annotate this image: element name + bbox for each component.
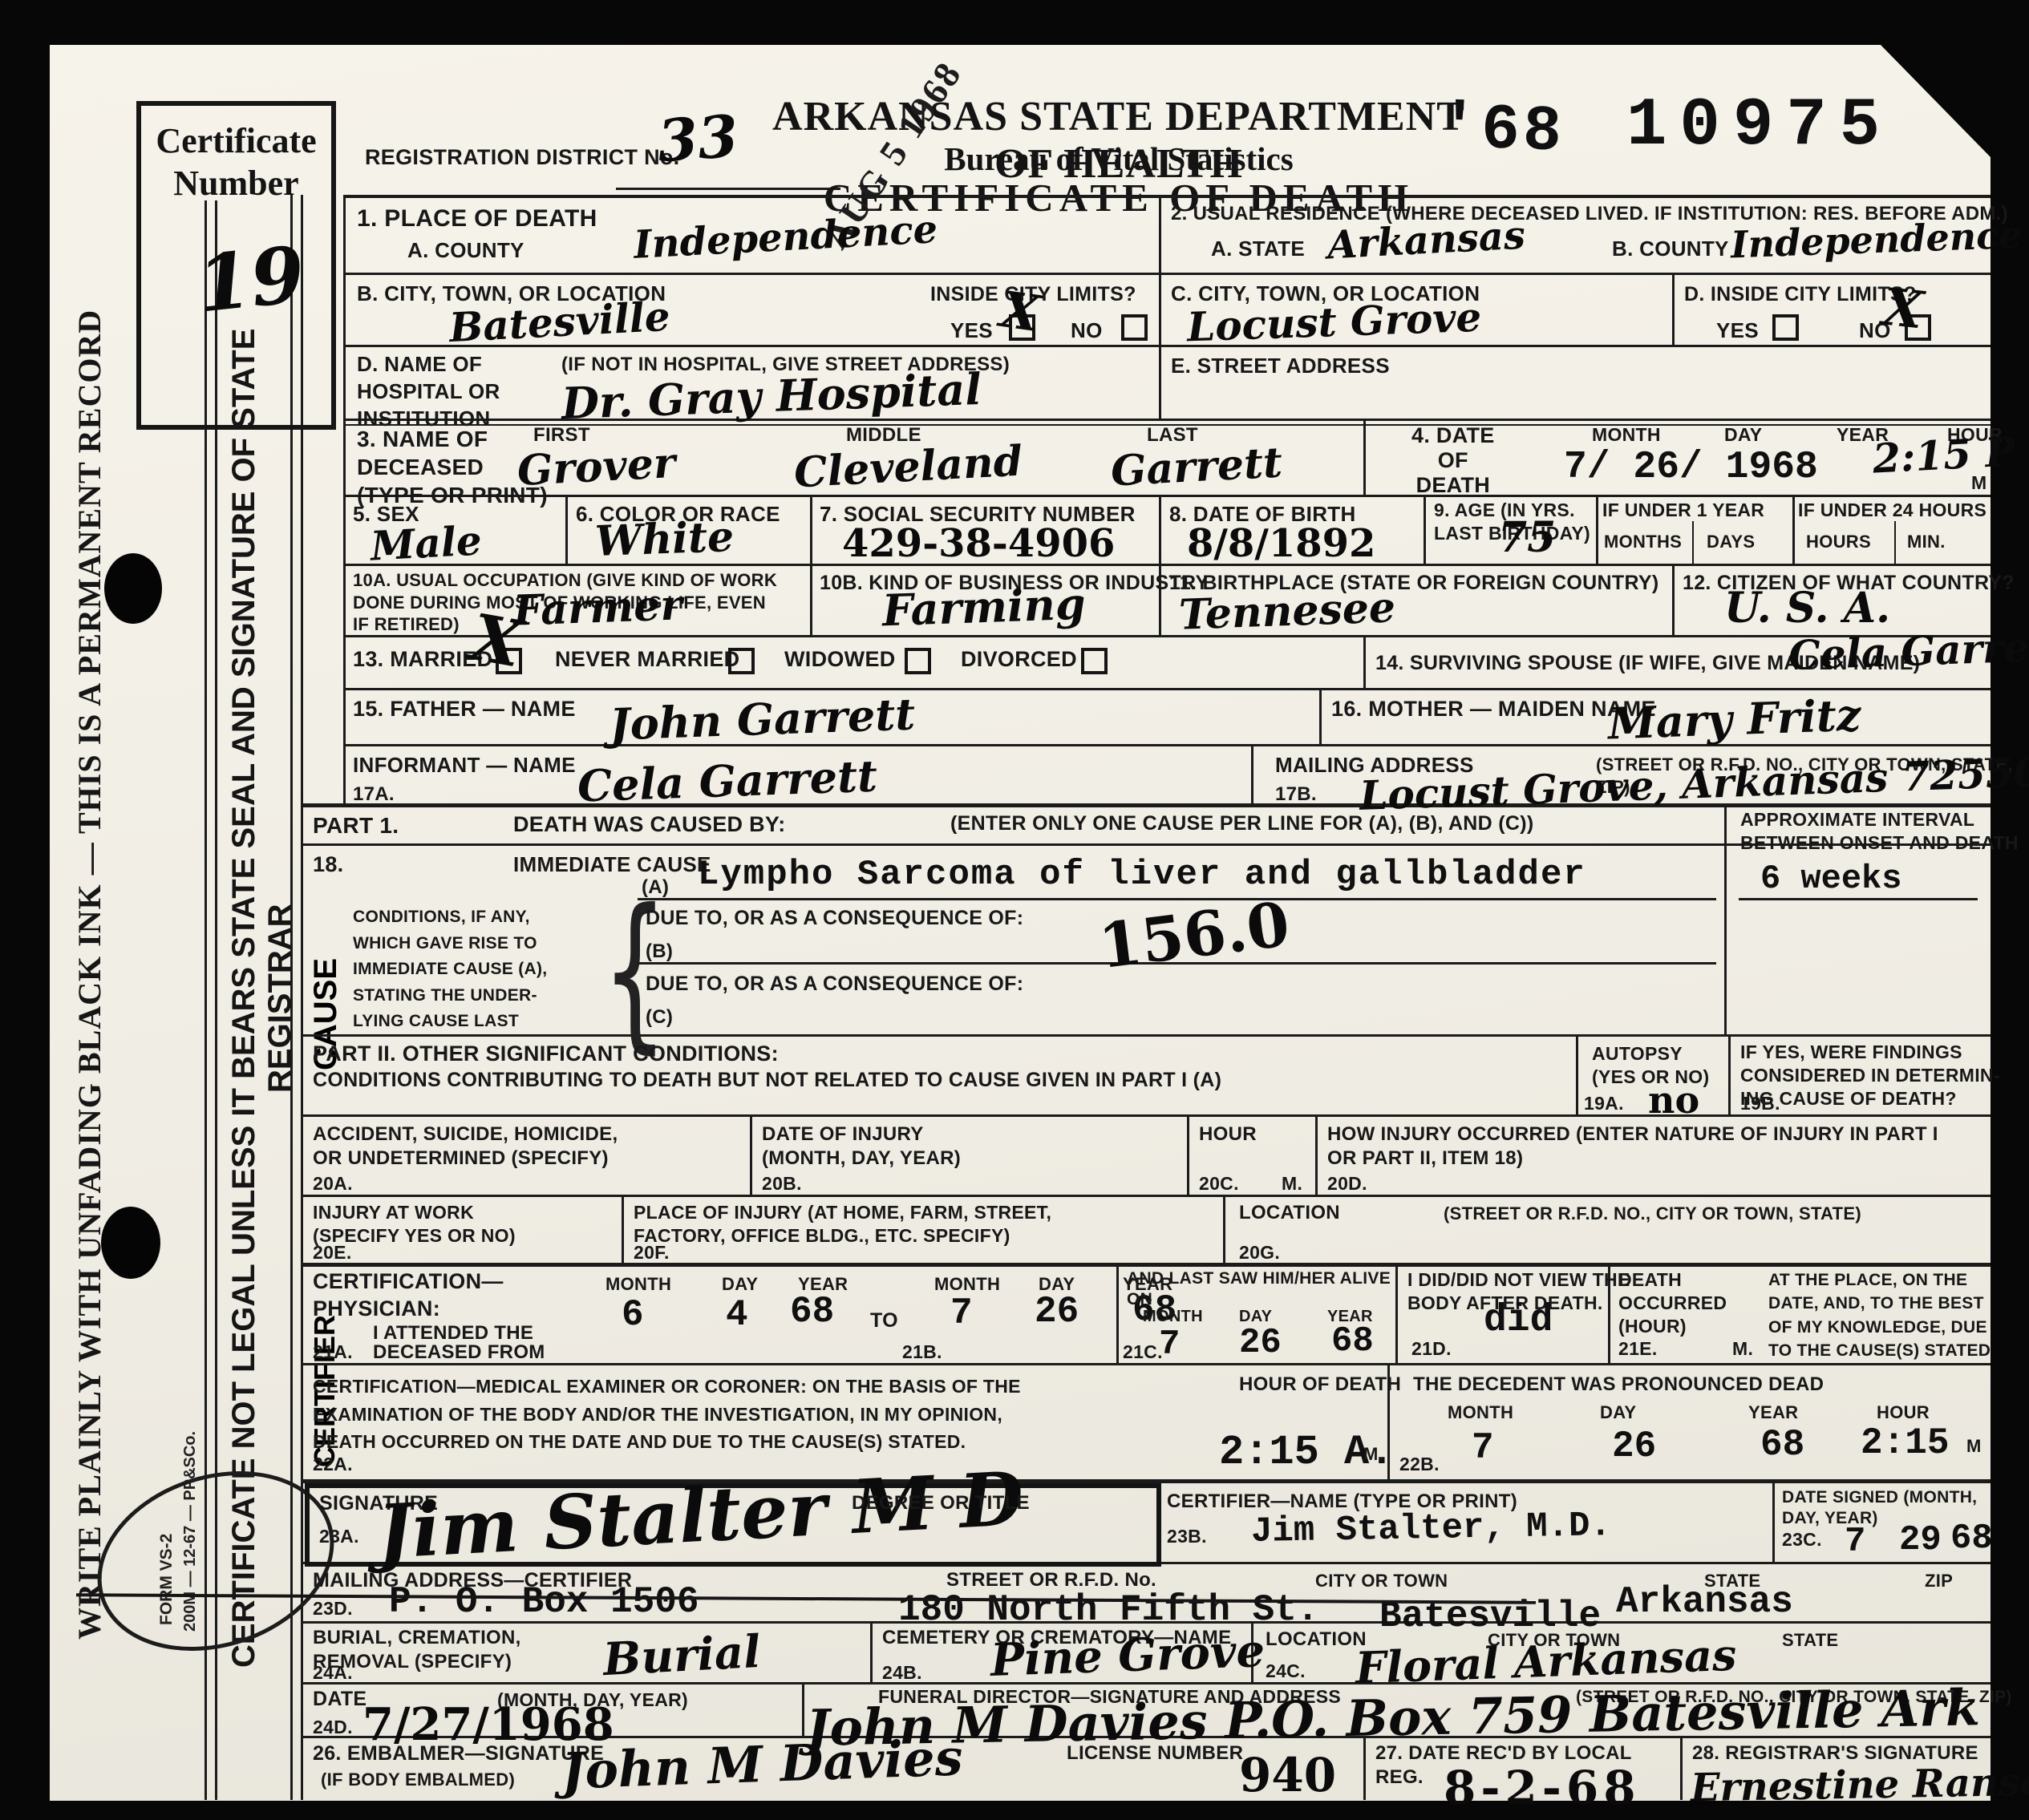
rule (1692, 521, 1694, 564)
street-address-label: E. STREET ADDRESS (1171, 353, 1390, 379)
mailing-address-number: 23D. (313, 1597, 353, 1620)
autopsy-value: no (1648, 1078, 1699, 1122)
hour-of-death-meridiem: M. (1363, 1443, 1383, 1466)
enter-note-label: (ENTER ONLY ONE CAUSE PER LINE FOR (A), … (950, 811, 1533, 836)
deceased-from-label: DECEASED FROM (373, 1341, 545, 1365)
injury-date-label: DATE OF INJURY (MONTH, DAY, YEAR) (762, 1122, 961, 1171)
death-occurred-number: 21E. (1618, 1337, 1658, 1361)
rule (1596, 495, 1598, 564)
last-saw-year: 68 (1331, 1321, 1374, 1361)
attended-from-year: 68 (790, 1291, 834, 1333)
registration-district-label: REGISTRATION DISTRICT No. (365, 144, 680, 172)
citizenship-value: U. S. A. (1724, 584, 1890, 633)
race-value: White (594, 512, 735, 566)
coroner-number: 22A. (313, 1453, 353, 1476)
injury-date-number: 20B. (762, 1172, 802, 1195)
residence-county-label: B. COUNTY (1612, 236, 1729, 262)
occurred-meridiem: M. (1732, 1337, 1753, 1361)
never-married-checkbox (728, 648, 755, 674)
date-of-death-label: 4. DATE OF DEATH (1411, 423, 1495, 498)
rule (343, 688, 1991, 690)
injury-location-sublabel: (STREET OR R.F.D. NO., CITY OR TOWN, STA… (1444, 1203, 1861, 1225)
last-name-value: Garrett (1110, 438, 1284, 495)
rule (215, 200, 217, 1800)
burial-number: 24A. (313, 1661, 353, 1685)
hour-of-death-value: 2:15 P (1872, 427, 2017, 482)
view-body-number: 21D. (1411, 1337, 1452, 1361)
rule (870, 1621, 873, 1682)
file-number: 10975 (1626, 88, 1893, 164)
autopsy-number: 19A. (1584, 1092, 1624, 1115)
due-to-label: DUE TO, OR AS A CONSEQUENCE OF: (646, 906, 1023, 931)
pronounced-number: 22B. (1399, 1453, 1440, 1476)
rule (343, 495, 1991, 497)
months-label: MONTHS (1604, 531, 1682, 553)
days-label: DAYS (1707, 531, 1755, 553)
license-number-label: LICENSE NUMBER (1067, 1741, 1243, 1765)
father-name-value: John Garrett (609, 688, 916, 750)
burial-date-label: DATE (313, 1687, 367, 1712)
death-occurred-label: DEATH OCCURRED (HOUR) (1618, 1268, 1727, 1337)
part2-label: PART II. OTHER SIGNIFICANT CONDITIONS: (313, 1041, 779, 1068)
rule (1792, 495, 1795, 564)
conditions-note: CONDITIONS, IF ANY, WHICH GAVE RISE TO I… (353, 904, 547, 1035)
place-of-death-label: 1. PLACE OF DEATH (357, 204, 597, 234)
year-label: YEAR (1748, 1401, 1798, 1424)
pronounced-day: 26 (1612, 1426, 1656, 1467)
sex-value: Male (370, 516, 483, 569)
certificate-number-value: 19 (192, 229, 309, 330)
widowed-checkbox (905, 648, 931, 674)
pronounced-meridiem: M (1966, 1435, 1982, 1458)
rule (622, 1195, 624, 1263)
zip-label: ZIP (1925, 1570, 1953, 1592)
injury-hour-label: HOUR (1199, 1122, 1257, 1147)
part2-sublabel: CONDITIONS CONTRIBUTING TO DEATH BUT NOT… (313, 1068, 1221, 1093)
attended-number: 21A. (313, 1341, 353, 1364)
hole-punch (104, 553, 162, 624)
cause-section-label: CAUSE (308, 890, 344, 1139)
attended-from-day: 4 (726, 1294, 748, 1336)
place-of-injury-number: 20F. (634, 1241, 670, 1264)
certifier-name-number: 23B. (1167, 1525, 1207, 1548)
rule (1739, 898, 1978, 900)
location-label: LOCATION (1266, 1628, 1367, 1652)
date-signed-month: 7 (1845, 1522, 1865, 1562)
state-value: Arkansas (1616, 1581, 1793, 1623)
dob-value: 8/8/1892 (1187, 521, 1375, 566)
hour-of-death-label: HOUR OF DEATH (1239, 1373, 1401, 1397)
attended-to-month: 7 (950, 1292, 973, 1334)
rule (802, 1682, 804, 1736)
rule (1159, 495, 1161, 635)
certificate-number-label: Certificate Number (141, 120, 331, 205)
view-body-value: did (1484, 1299, 1553, 1342)
rule (1728, 1034, 1731, 1114)
rule (1251, 744, 1253, 803)
pronounced-month: 7 (1472, 1427, 1494, 1469)
rule (1223, 1195, 1225, 1263)
attended-to-day: 26 (1035, 1291, 1079, 1333)
rule (1395, 1263, 1398, 1363)
how-injury-number: 20D. (1327, 1172, 1367, 1195)
due-to-label: DUE TO, OR AS A CONSEQUENCE OF: (646, 972, 1023, 997)
margin-note-outer: WRITE PLAINLY WITH UNFADING BLACK INK — … (71, 257, 108, 1692)
under-1-year-label: IF UNDER 1 YEAR (1602, 499, 1764, 522)
rule (343, 195, 1991, 198)
rule (1187, 1114, 1189, 1195)
certification-coroner-label: CERTIFICATION—MEDICAL EXAMINER OR CORONE… (313, 1373, 1021, 1456)
rule (301, 843, 1991, 846)
rule (1159, 195, 1161, 419)
informant-address-number: 17B. (1275, 783, 1317, 807)
month-label: MONTH (605, 1273, 671, 1296)
last-saw-month: 7 (1159, 1325, 1180, 1365)
line-b-label: (B) (646, 940, 673, 964)
location-number: 24C. (1266, 1660, 1306, 1683)
date-signed-number: 23C. (1782, 1528, 1822, 1551)
month-label: MONTH (1592, 423, 1661, 447)
license-number-value: 940 (1239, 1748, 1336, 1802)
never-married-label: NEVER MARRIED (555, 646, 739, 673)
hours-label: HOURS (1806, 531, 1871, 553)
interval-a-value: 6 weeks (1760, 859, 1901, 898)
rule (343, 195, 346, 803)
widowed-label: WIDOWED (784, 646, 896, 673)
date-received-value: 8-2-68 (1444, 1761, 1641, 1815)
accident-label: ACCIDENT, SUICIDE, HOMICIDE, OR UNDETERM… (313, 1122, 618, 1171)
pronounced-hour: 2:15 (1861, 1422, 1949, 1464)
code-156-value: 156.0 (1095, 888, 1293, 982)
rule (1724, 803, 1727, 1034)
burial-value: Burial (601, 1625, 762, 1686)
attended-from-month: 6 (622, 1294, 644, 1336)
injury-hour-number: 20C. (1199, 1172, 1239, 1195)
date-signed-year: 68 (1950, 1519, 1993, 1559)
rule (205, 200, 207, 1800)
scanned-death-certificate: { "header": { "cert_no_label": "Certific… (0, 0, 2029, 1820)
place-of-injury-label: PLACE OF INJURY (AT HOME, FARM, STREET, … (634, 1201, 1051, 1248)
day-label: DAY (722, 1273, 758, 1296)
occupation-value: Farmer (512, 580, 683, 635)
state-label: A. STATE (1211, 236, 1305, 262)
burial-date-number: 24D. (313, 1716, 353, 1739)
rule (1680, 1736, 1683, 1800)
last-saw-number: 21C. (1123, 1341, 1163, 1364)
informant-label: INFORMANT — NAME (353, 752, 576, 779)
signature-number: 23A. (319, 1525, 359, 1548)
under-24-hours-label: IF UNDER 24 HOURS (1798, 499, 1986, 522)
county-of-death-value: Independence (633, 207, 939, 268)
x-mark: X (997, 280, 1043, 343)
first-name-value: Grover (516, 439, 677, 495)
rule (1894, 521, 1896, 564)
cemetery-number: 24B. (882, 1661, 922, 1685)
rule (638, 898, 1716, 900)
father-name-label: 15. FATHER — NAME (353, 696, 576, 723)
middle-name-value: Cleveland (793, 437, 1024, 498)
rule (1424, 495, 1426, 564)
rule (1363, 635, 1366, 688)
day-label: DAY (1724, 423, 1762, 447)
birthplace-value: Tennesee (1178, 583, 1396, 639)
part1-label: PART 1. (313, 811, 399, 839)
cemetery-value: Pine Grove (990, 1624, 1266, 1687)
rule (1672, 564, 1675, 635)
no-label: NO (1071, 317, 1103, 344)
informant-number: 17A. (353, 783, 395, 807)
last-saw-alive-label: AND LAST SAW HIM/HER ALIVE ON (1127, 1268, 1391, 1311)
industry-value: Farming (881, 578, 1087, 637)
line-c-label: (C) (646, 1005, 673, 1029)
to-label: TO (870, 1308, 898, 1333)
how-injury-label: HOW INJURY OCCURRED (ENTER NATURE OF INJ… (1327, 1122, 1938, 1171)
rule (1315, 1114, 1318, 1195)
rule (301, 1034, 1991, 1037)
x-mark: X (1880, 277, 1926, 342)
degree-title-label: DEGREE OR TITLE (852, 1491, 1030, 1515)
day-label: DAY (1600, 1401, 1636, 1424)
pronounced-year: 68 (1760, 1424, 1804, 1466)
item-18-number: 18. (313, 851, 343, 879)
rule (343, 564, 1991, 566)
rule (343, 345, 1991, 347)
rule (1772, 1479, 1775, 1562)
last-saw-day: 26 (1239, 1323, 1282, 1363)
hospital-label: D. NAME OF HOSPITAL OR INSTITUTION (357, 351, 500, 432)
bureau-subtitle: Bureau of Vital Statistics (738, 140, 1500, 178)
rule (810, 495, 812, 635)
rule (1576, 1034, 1578, 1114)
city-label: CITY OR TOWN (1315, 1570, 1448, 1592)
attended-to-number: 21B. (902, 1341, 942, 1364)
injury-hour-m: M. (1282, 1172, 1302, 1195)
embalmer-signature: John M Davies (561, 1728, 964, 1800)
hour-label: HOUR (1877, 1401, 1930, 1424)
rule (301, 1114, 1991, 1117)
injury-location-label: LOCATION (1239, 1201, 1340, 1225)
county-label: A. COUNTY (407, 237, 524, 264)
immediate-cause-value: Lympho Sarcoma of liver and gallbladder (698, 855, 1586, 895)
mother-name-value: Mary Fritz (1607, 690, 1861, 750)
residence-state-value: Arkansas (1326, 213, 1527, 269)
yes-checkbox (1772, 314, 1799, 341)
rule (1116, 1263, 1119, 1363)
min-label: MIN. (1907, 531, 1946, 553)
rule (1363, 419, 1366, 495)
certifier-name-value: Jim Stalter, M.D. (1251, 1506, 1612, 1552)
rule (1319, 688, 1322, 744)
rule (301, 1195, 1991, 1197)
caused-by-label: DEATH WAS CAUSED BY: (513, 811, 786, 839)
mailing-address-value: P. O. Box 1506 (389, 1581, 699, 1623)
findings-number: 19B. (1740, 1092, 1780, 1115)
no-checkbox (1121, 314, 1148, 341)
yes-label: YES (1716, 317, 1759, 344)
rule (1672, 273, 1675, 345)
month-label: MONTH (1448, 1401, 1513, 1424)
year-stamp: '68 (1438, 92, 1565, 169)
date-signed-day: 29 (1899, 1520, 1942, 1560)
certificate-number-box: Certificate Number 19 (136, 101, 336, 430)
rule (343, 273, 1991, 275)
registration-district-value: 33 (655, 102, 740, 176)
embalmer-sublabel: (IF BODY EMBALMED) (321, 1769, 515, 1791)
rule (565, 495, 568, 564)
place-note-label: AT THE PLACE, ON THE DATE, AND, TO THE B… (1768, 1268, 1991, 1363)
rule (301, 1263, 1991, 1267)
accident-number: 20A. (313, 1172, 353, 1195)
rule (750, 1114, 752, 1195)
injury-location-number: 20G. (1239, 1241, 1280, 1264)
yes-label: YES (950, 317, 993, 344)
location-state-label: STATE (1782, 1629, 1838, 1652)
certification-physician-label: CERTIFICATION— PHYSICIAN: (313, 1268, 504, 1323)
injury-at-work-number: 20E. (313, 1241, 352, 1264)
rule (301, 195, 303, 1800)
divorced-checkbox (1081, 648, 1108, 674)
interval-label: APPROXIMATE INTERVAL BETWEEN ONSET AND D… (1740, 808, 2019, 855)
ssn-value: 429-38-4906 (842, 521, 1115, 566)
injury-at-work-label: INJURY AT WORK (SPECIFY YES OR NO) (313, 1201, 516, 1248)
residence-city-value: Locust Grove (1186, 293, 1482, 351)
age-value: 75 (1498, 513, 1556, 562)
informant-value: Cela Garrett (577, 750, 878, 811)
residence-limits-label: D. INSIDE CITY LIMITS? (1684, 282, 1917, 307)
surviving-spouse-value: Cela Garrett (1788, 622, 2029, 679)
rule (290, 195, 293, 1800)
date-of-death-value: 7/ 26/ 1968 (1564, 446, 1818, 489)
pronounced-dead-label: THE DECEDENT WAS PRONOUNCED DEAD (1413, 1373, 1824, 1397)
divorced-label: DIVORCED (961, 646, 1077, 673)
hole-punch (101, 1207, 160, 1279)
certificate-content: WRITE PLAINLY WITH UNFADING BLACK INK — … (0, 0, 2029, 1820)
meridiem-label: M (1971, 471, 1986, 495)
residence-county-value: Independence (1730, 213, 2023, 267)
registrar-signature-value: Ernestine Ransom (1691, 1759, 2029, 1811)
